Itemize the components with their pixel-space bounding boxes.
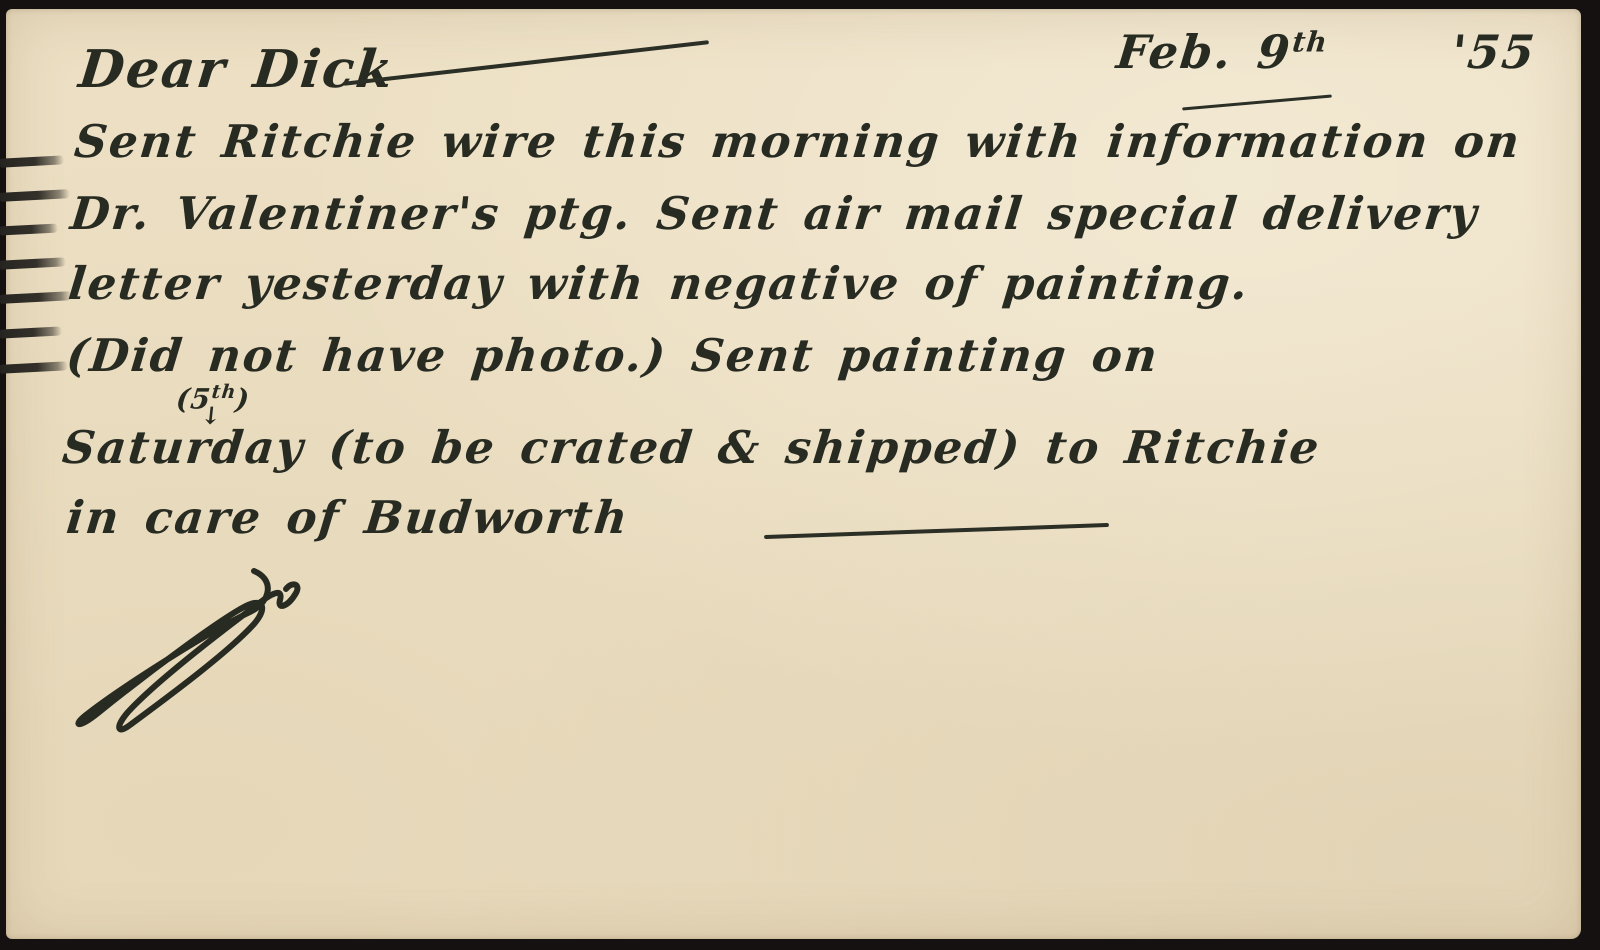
salutation: Dear Dick: [76, 39, 397, 100]
body-line: (Did not have photo.) Sent painting on: [64, 329, 1162, 382]
insertion-ordinal: th: [211, 381, 238, 403]
insertion-close: ): [234, 382, 252, 415]
signature-scribble: [58, 549, 358, 739]
body-line: Dr. Valentiner's ptg. Sent air mail spec…: [68, 187, 1481, 240]
body-line: in care of Budworth: [64, 491, 632, 544]
postmark-bar: [0, 291, 72, 304]
date-prefix: Feb. 9: [1114, 25, 1294, 79]
postmark-bar: [0, 326, 62, 338]
body-line: letter yesterday with negative of painti…: [66, 257, 1252, 310]
date-year: '55: [1449, 25, 1539, 79]
date: Feb. 9th '55: [1114, 25, 1539, 79]
postmark-bar: [0, 155, 64, 167]
postcard: Dear Dick Feb. 9th '55 Sent Ritchie wire…: [6, 9, 1581, 939]
salutation-flourish-dash: [343, 40, 709, 86]
budworth-flourish-dash: [764, 523, 1109, 539]
postmark-bar: [0, 361, 68, 374]
date-underline-dash: [1182, 94, 1332, 110]
interline-insertion-5th: (5th) ↓: [174, 381, 252, 421]
date-ordinal: th: [1291, 26, 1330, 59]
postmark-bar: [0, 189, 70, 202]
postmark-bar: [0, 257, 66, 269]
body-line: Sent Ritchie wire this morning with info…: [72, 115, 1524, 168]
body-line: Saturday (to be crated & shipped) to Rit…: [60, 421, 1323, 474]
postmark-bar: [0, 223, 58, 235]
